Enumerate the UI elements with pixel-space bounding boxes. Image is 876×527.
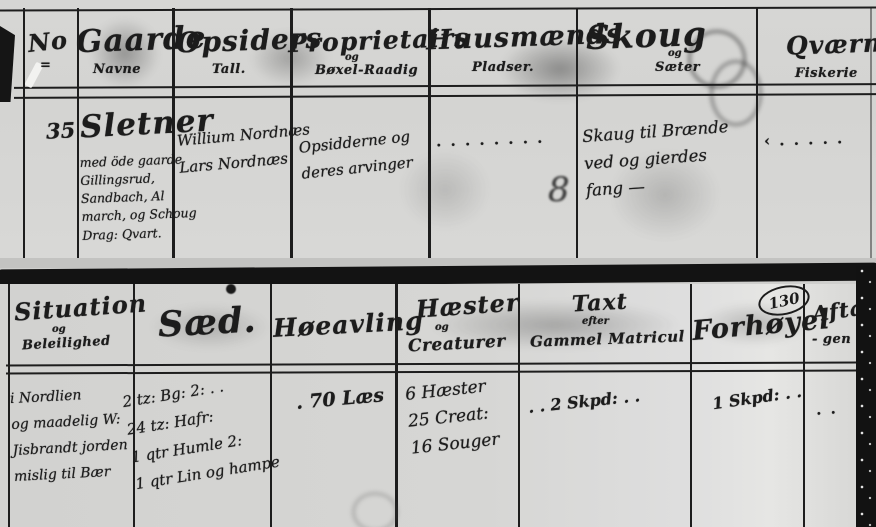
cell-hoeavling-value: . 70 Læs [295, 384, 385, 414]
column-header-qvaern: Qværn [786, 28, 876, 61]
cell-saed-values: 2 tz: Bg: 2: . . 24 tz: Hafr: 1 qtr Huml… [121, 367, 282, 499]
column-header-huusmaends-sub: Pladser. [472, 60, 534, 76]
cell-opsiders-names: Willium Nordnæs Lars Nordnæs [176, 116, 314, 181]
cell-huusmaends-ditto-dots: . . . . . . . . [436, 128, 572, 151]
top-ledger-strip: No = Gaarde Navne Opsiders Tall. Proprie… [0, 0, 876, 258]
column-header-situation: Situation [13, 289, 148, 327]
column-header-taxt-sub: Gammel Matricul [530, 327, 685, 350]
column-header-no-mark: = [40, 58, 51, 74]
ink-bleed-smudge [400, 150, 490, 230]
scan-edge-wedge [0, 26, 15, 102]
scan-right-black-edge [856, 266, 876, 527]
cell-farm-number: 35 [45, 117, 76, 144]
column-header-hoeavling: Høeavling [272, 306, 424, 344]
column-header-situation-over: og [52, 324, 66, 336]
cell-skoug-note: Skaug til Brænde ved og gierdes fang — [581, 113, 733, 205]
column-header-taxt-mid: efter [582, 316, 609, 328]
column-line [518, 284, 520, 527]
column-header-skoug: Skoug [585, 14, 707, 58]
cell-taxt-value: . . 2 Skpd: . . [527, 386, 641, 417]
column-header-proprietairs-sub: Bøxel-Raadig [315, 63, 418, 79]
ink-spot [226, 284, 236, 294]
column-header-haester-mid: og [435, 322, 449, 334]
column-line [23, 8, 25, 258]
cell-haester-values: 6 Hæster 25 Creat: 16 Souger [404, 373, 501, 463]
column-header-saed: Sæd. [157, 299, 258, 346]
ghost-numeral: 8 [548, 170, 570, 211]
column-header-haester-sub: Creaturer [408, 331, 507, 356]
cell-qvaern-ditto-dots: ‹ . . . . . [764, 128, 875, 150]
column-header-haester: Hæster [415, 288, 520, 324]
column-header-gaarde-sub: Navne [93, 62, 141, 78]
column-line [756, 8, 758, 258]
cell-situation-note: i Nordlien og maadelig W: Jisbrandt jord… [9, 381, 129, 490]
ink-bleed-ring [352, 492, 398, 527]
column-header-qvaern-sub: Fiskerie [795, 66, 858, 82]
cell-afta-ditto-dots: . . [815, 399, 838, 418]
cell-proprietairs-note: Opsidderne og deres arvinger [298, 124, 414, 186]
column-header-taxt: Taxt [571, 289, 628, 318]
column-header-opsiders-sub: Tall. [212, 62, 246, 78]
scanned-ledger-page: No = Gaarde Navne Opsiders Tall. Proprie… [0, 0, 876, 527]
bottom-ledger-strip: Situation og Beleilighed Sæd. Høeavling … [0, 284, 876, 527]
cell-forhoeyel-value: 1 Skpd: . . [711, 382, 803, 414]
column-header-no: No [27, 26, 70, 59]
column-header-situation-sub: Beleilighed [22, 334, 111, 354]
column-header-skoug-sub: Sæter [655, 60, 700, 76]
column-header-skoug-over: og [668, 48, 682, 60]
page-number: 130 [767, 288, 801, 312]
column-header-afta-sub: - gen [812, 332, 851, 348]
top-border-line [0, 6, 876, 11]
